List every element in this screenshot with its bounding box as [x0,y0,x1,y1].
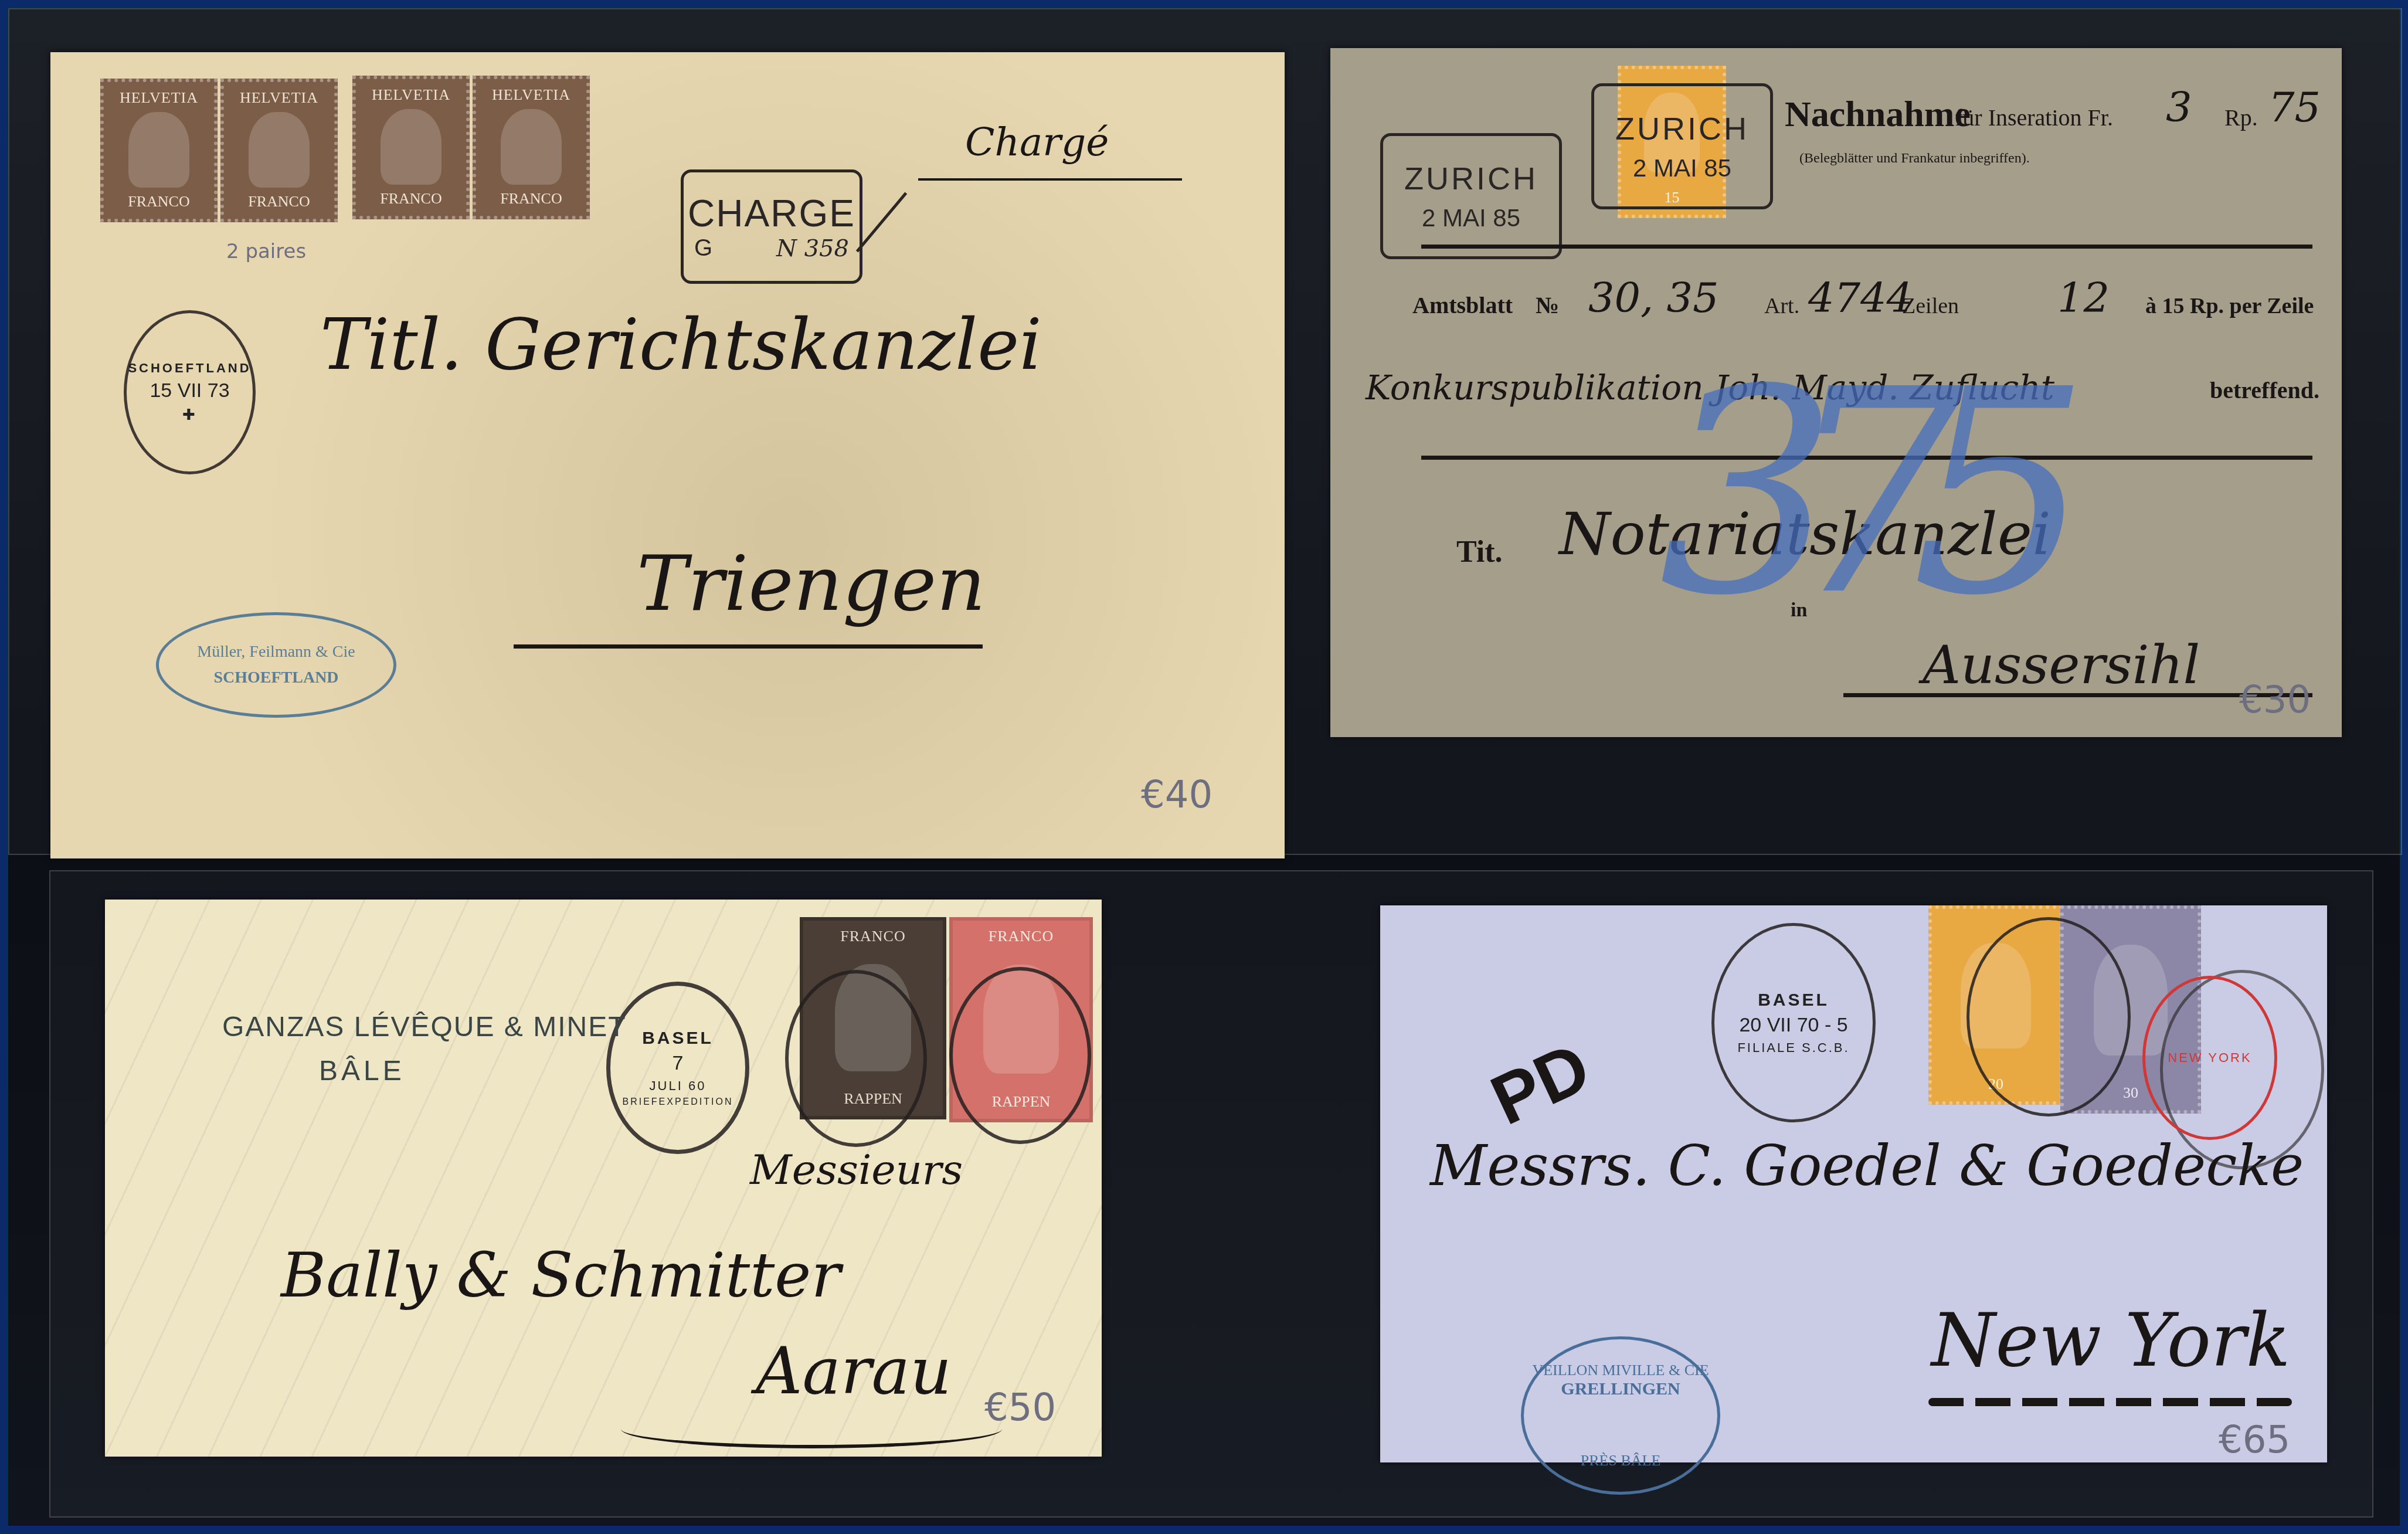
postmark-zurich-1: ZURICH 2 MAI 85 [1380,133,1562,259]
form-title-rest: für Inseration Fr. [1955,104,2113,131]
sender-oval-stamp: Müller, Feilmann & Cie SCHOEFTLAND [156,612,396,718]
amtsblatt-numbers: 30, 35 [1588,274,1719,322]
price-note: €30 [2239,678,2311,722]
addressee: Messrs. C. Goedel & Goedecke [1430,1134,2304,1199]
red-new-york-mark: NEW YORK [2142,976,2277,1140]
postmark-basel-on-stamp-2 [949,967,1091,1144]
cover-basel-aarau: FRANCORAPPEN FRANCORAPPEN BASEL 7 JULI 6… [105,900,1102,1457]
amount-rp: 75 [2268,83,2321,131]
postmark-schoeftland: SCHOEFTLAND 15 VII 73 ✚ [124,310,256,474]
stamp-5c-2: HELVETIAFRANCO [220,79,338,222]
amount-fr: 3 [2166,83,2192,131]
postmark-zurich-2: ZURICH 2 MAI 85 [1591,83,1773,209]
price-note: €40 [1141,773,1213,817]
form-title: Nachnahme [1785,94,1971,135]
zeilen-count: 12 [2057,274,2110,322]
stamp-5c-1: HELVETIAFRANCO [100,79,218,222]
form-subtitle: (Belegblätter und Frankatur inbegriffen)… [1799,151,2030,167]
destination: Aarau [756,1333,952,1409]
destination: Triengen [637,539,986,628]
postmark-basel-on-stamp-1 [785,970,927,1147]
postmark-on-stamps [1967,917,2131,1116]
art-number: 4744 [1808,274,1913,322]
sender-circle-stamp: VEILLON MIVILLE & CIE GRELLINGEN PRÈS BÂ… [1521,1336,1720,1495]
sender-line2: BÂLE [319,1055,405,1087]
price-note: €50 [984,1386,1056,1430]
addressee: Bally & Schmitter [281,1240,841,1311]
salutation: Messieurs [750,1146,963,1194]
postmark-basel-filiale: BASEL 20 VII 70 - 5 FILIALE S.C.B. [1711,923,1876,1122]
destination: New York [1931,1298,2291,1383]
stamp-5c-4: HELVETIAFRANCO [473,76,590,219]
stamp-5c-3: HELVETIAFRANCO [352,76,470,219]
blue-crayon-note: 375 [1659,330,2037,657]
cover-basel-newyork: 20 30 BASEL 20 VII 70 - 5 FILIALE S.C.B.… [1380,905,2327,1462]
postmark-basel: BASEL 7 JULI 60 BRIEFEXPEDITION [606,982,749,1154]
stock-page: HELVETIAFRANCO HELVETIAFRANCO HELVETIAFR… [8,8,2400,1526]
addressee: Titl. Gerichtskanzlei [320,304,1042,386]
pencil-note: 2 paires [226,240,306,263]
charge-endorsement: Chargé [965,120,1109,165]
sender-line1: GANZAS LÉVÊQUE & MINET [222,1011,626,1043]
charge-registration-box: CHARGE G N 358 [681,169,862,284]
cover-zurich-nachnahme: 15 ZURICH 2 MAI 85 ZURICH 2 MAI 85 Nachn… [1330,48,2342,737]
pd-mark: PD [1479,1026,1602,1141]
price-note: €65 [2219,1418,2290,1462]
cover-schoeftland: HELVETIAFRANCO HELVETIAFRANCO HELVETIAFR… [50,52,1285,858]
